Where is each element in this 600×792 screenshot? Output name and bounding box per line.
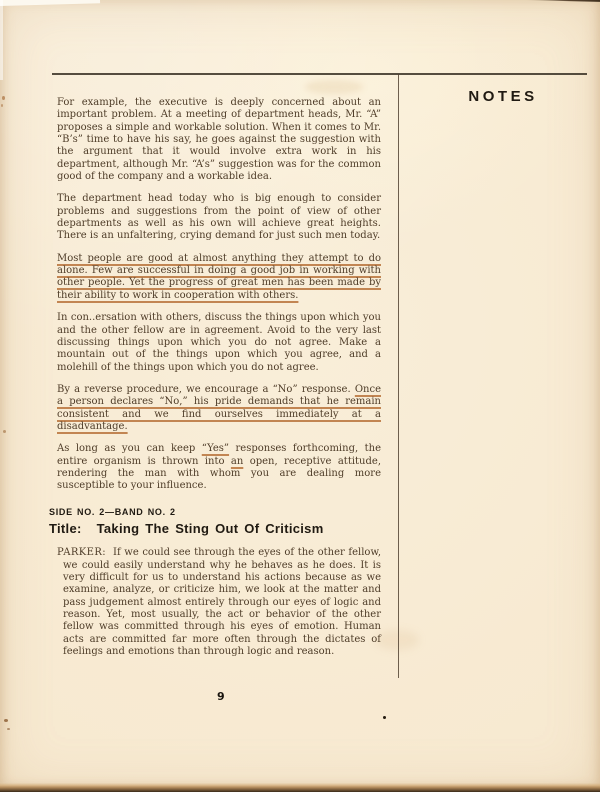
paper-edge-shadow [526, 0, 600, 2]
paper-speck [7, 728, 10, 730]
ink-speck [383, 716, 386, 719]
paper-edge-highlight-left [0, 0, 3, 80]
header-rule [52, 73, 587, 75]
paragraph-5: By a reverse procedure, we encourage a “… [57, 384, 381, 433]
paper-speck [1, 104, 3, 107]
paragraph-text: The department head today who is big eno… [57, 193, 381, 241]
paragraph-3: Most people are good at almost anything … [57, 253, 381, 302]
notes-divider-rule [398, 74, 399, 678]
underlined-word: an [231, 456, 243, 467]
scanned-page: NOTES For example, the executive is deep… [0, 0, 600, 792]
page-number: 9 [217, 690, 225, 703]
paper-speck [3, 430, 6, 433]
title-line: Title:Taking The Sting Out Of Criticism [49, 523, 381, 535]
notes-heading: NOTES [468, 88, 537, 105]
paragraph-text: In con..ersation with others, discuss th… [57, 312, 381, 372]
speaker-paragraph: PARKER:If we could see through the eyes … [57, 547, 381, 658]
paragraph-text: By a reverse procedure, we encourage a “… [57, 384, 355, 395]
underlined-passage: Most people are good at almost anything … [57, 253, 381, 301]
paper-bottom-edge [0, 783, 600, 792]
underlined-word: “Yes” [202, 443, 229, 454]
paper-speck [2, 96, 5, 100]
paper-stain [375, 630, 419, 650]
paragraph-1: For example, the executive is deeply con… [57, 97, 381, 183]
paper-speck [4, 719, 8, 722]
paragraph-2: The department head today who is big eno… [57, 193, 381, 242]
title-label: Title: [49, 521, 82, 536]
paragraph-4: In con..ersation with others, discuss th… [57, 312, 381, 374]
paragraph-6: As long as you can keep “Yes” responses … [57, 443, 381, 492]
paper-stain [305, 80, 363, 94]
paragraph-text: As long as you can keep [57, 443, 202, 454]
speaker-text: If we could see through the eyes of the … [63, 547, 381, 657]
main-text-column: For example, the executive is deeply con… [49, 97, 381, 668]
paper-edge-highlight [0, 0, 100, 7]
section-header: SIDE NO. 2—BAND NO. 2 [49, 506, 381, 518]
paragraph-text: For example, the executive is deeply con… [57, 97, 381, 182]
speaker-name: PARKER: [57, 547, 106, 558]
title-text: Taking The Sting Out Of Criticism [97, 521, 324, 536]
